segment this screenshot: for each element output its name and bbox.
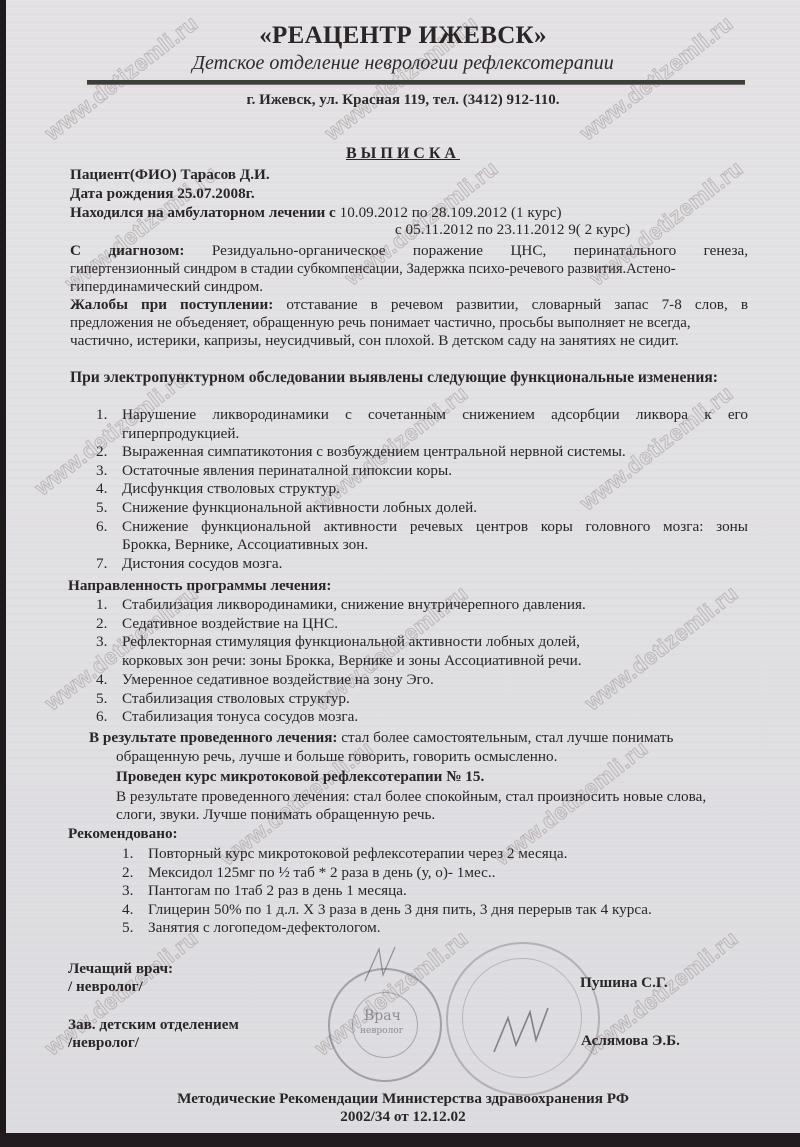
item-text: Стабилизация стволовых структур. [122, 690, 350, 707]
footer-line-2: 2002/34 от 12.12.02 [6, 1108, 800, 1126]
diagnosis-line-2: гипертензионный синдром в стадии субкомп… [70, 260, 676, 278]
finding-item: 1.Нарушение ликвородинамики с сочетанным… [96, 406, 748, 424]
finding-item: 3.Остаточные явления перинаталной гипокс… [96, 462, 452, 480]
patient-name-label: Пациент(ФИО) [70, 166, 177, 183]
item-number: 3. [96, 633, 122, 651]
program-item: 5.Стабилизация стволовых структур. [96, 690, 350, 708]
finding-item: 2.Выраженная симпатикотония с возбуждени… [96, 443, 626, 461]
item-text: Рефлекторная стимуляция функциональной а… [122, 633, 580, 650]
item-text: Мексидол 125мг по ½ таб * 2 раза в день … [148, 864, 495, 881]
item-text: гиперпродукцией. [122, 425, 239, 442]
complaints-line-1: Жалобы при поступлении: отставание в реч… [70, 296, 748, 314]
finding-item: 5.Снижение функциональной активности лоб… [96, 499, 477, 517]
patient-name-line: Пациент(ФИО) Тарасов Д.И. [70, 166, 270, 184]
clinic-department: Детское отделение неврологии рефлексотер… [6, 52, 800, 75]
diagnosis-label: С диагнозом: [70, 242, 184, 259]
document-title: ВЫПИСКА [6, 145, 800, 163]
item-number: 3. [96, 462, 122, 480]
recommendation-item: 5.Занятия с логопедом-дефектологом. [122, 919, 381, 937]
item-text: Глицерин 50% по 1 д.л. Х 3 раза в день 3… [148, 901, 652, 918]
doctor-stamp: Врач невролог [328, 968, 442, 1082]
program-item: 3.Рефлекторная стимуляция функциональной… [96, 633, 580, 651]
item-number: 4. [96, 671, 122, 689]
program-item: 6.Стабилизация тонуса сосудов мозга. [96, 708, 358, 726]
department-head-name: Аслямова Э.Б. [581, 1032, 680, 1050]
finding-item: Брокка, Вернике, Ассоциативных зон. [122, 536, 368, 554]
patient-dob-line: Дата рождения 25.07.2008г. [70, 185, 255, 203]
item-text: корковых зон речи: зоны Брокка, Вернике … [122, 652, 582, 669]
complaints-line-2: предложения не объеденяет, обращенную ре… [70, 314, 691, 332]
item-number: 1. [96, 406, 122, 424]
item-number: 5. [122, 919, 148, 937]
item-number: 1. [122, 845, 148, 863]
item-number: 2. [122, 864, 148, 882]
item-text: Дисфункция стволовых структур. [122, 480, 340, 497]
clinic-address: г. Ижевск, ул. Красная 119, тел. (3412) … [6, 92, 800, 109]
complaints-line-3: частично, истерики, капризы, неусидчивый… [70, 332, 679, 350]
course-2-dates: с 05.11.2012 по 23.11.2012 9( 2 курс) [395, 221, 630, 239]
finding-item: гиперпродукцией. [122, 425, 239, 443]
result-1-label: В результате проведенного лечения: [89, 729, 337, 746]
result-1-text: стал более самостоятельным, стал лучше п… [341, 729, 673, 746]
item-text: Дистония сосудов мозга. [122, 555, 282, 572]
item-text: Занятия с логопедом-дефектологом. [148, 919, 381, 936]
scan-edge [0, 1133, 800, 1147]
item-number: 3. [122, 882, 148, 900]
attending-doctor-label: Лечащий врач: [68, 960, 173, 978]
item-text: Снижение функциональной активности речев… [122, 518, 748, 535]
dob-value: 25.07.2008г. [177, 185, 254, 202]
item-number: 2. [96, 443, 122, 461]
finding-item: 6.Снижение функциональной активности реч… [96, 518, 748, 536]
item-text: Выраженная симпатикотония с возбуждением… [122, 443, 626, 460]
result-2-line-2: слоги, звуки. Лучше понимать обращенную … [116, 806, 435, 824]
item-number: 4. [96, 480, 122, 498]
course-1-dates: 10.09.2012 по 28.109.2012 (1 курс) [340, 204, 562, 221]
course-completed: Проведен курс микротоковой рефлексотерап… [116, 768, 484, 786]
watermark: www.detizemli.ru [580, 580, 743, 716]
item-number: 5. [96, 499, 122, 517]
recommendation-item: 3.Пантогам по 1таб 2 раз в день 1 месяца… [122, 882, 407, 900]
item-number: 6. [96, 518, 122, 536]
item-number: 2. [96, 615, 122, 633]
diagnosis-line-1: С диагнозом: Резидуально-органическое по… [70, 242, 748, 260]
recommendations-heading: Рекомендовано: [68, 825, 178, 843]
item-text: Умеренное седативное воздействие на зону… [122, 671, 434, 688]
stamp-center-text: Врач [364, 1008, 401, 1024]
item-text: Стабилизация тонуса сосудов мозга. [122, 708, 358, 725]
document-page: www.detizemli.ru www.detizemli.ru www.de… [6, 0, 800, 1133]
program-item: 4.Умеренное седативное воздействие на зо… [96, 671, 434, 689]
item-number: 1. [96, 596, 122, 614]
item-number: 7. [96, 555, 122, 573]
department-head-role: /невролог/ [68, 1034, 139, 1052]
treatment-label: Находился на амбулаторном лечении с [70, 204, 336, 221]
item-text: Седативное воздействие на ЦНС. [122, 615, 338, 632]
recommendation-item: 4.Глицерин 50% по 1 д.л. Х 3 раза в день… [122, 901, 652, 919]
item-number: 4. [122, 901, 148, 919]
item-text: Пантогам по 1таб 2 раз в день 1 месяца. [148, 882, 407, 899]
finding-item: 7.Дистония сосудов мозга. [96, 555, 282, 573]
result-2-line-1: В результате проведенного лечения: стал … [116, 788, 706, 806]
program-item: корковых зон речи: зоны Брокка, Вернике … [122, 652, 582, 670]
item-text: Нарушение ликвородинамики с сочетанным с… [122, 406, 748, 423]
dob-label: Дата рождения [70, 185, 174, 202]
result-1-line-2: обращенную речь, лучше и больше говорить… [116, 748, 557, 766]
recommendation-item: 2.Мексидол 125мг по ½ таб * 2 раза в ден… [122, 864, 495, 882]
item-number: 5. [96, 690, 122, 708]
footer-line-1: Методические Рекомендации Министерства з… [6, 1090, 800, 1108]
stamp-center-subtext: невролог [360, 1026, 403, 1036]
item-text: Остаточные явления перинаталной гипоксии… [122, 462, 452, 479]
program-item: 1.Стабилизация ликвородинамики, снижение… [96, 596, 586, 614]
diagnosis-line-3: гипердинамический синдром. [70, 278, 263, 296]
program-item: 2.Седативное воздействие на ЦНС. [96, 615, 338, 633]
item-text: Стабилизация ликвородинамики, снижение в… [122, 596, 586, 613]
header-divider [87, 80, 745, 85]
signature-mark [361, 945, 401, 985]
clinic-name: «РЕАЦЕНТР ИЖЕВСК» [6, 22, 800, 50]
attending-doctor-role: / невролог/ [68, 978, 143, 996]
patient-name: Тарасов Д.И. [180, 166, 269, 183]
attending-doctor-name: Пушина С.Г. [580, 974, 668, 992]
complaints-label: Жалобы при поступлении: [70, 296, 273, 313]
diagnosis-text: Резидуально-органическое поражение ЦНС, … [212, 242, 748, 259]
treatment-line: Находился на амбулаторном лечении с 10.0… [70, 204, 562, 222]
item-number: 6. [96, 708, 122, 726]
item-text: Брокка, Вернике, Ассоциативных зон. [122, 536, 368, 553]
result-1-line-1: В результате проведенного лечения: стал … [89, 729, 673, 747]
complaints-text: отставание в речевом развитии, словарный… [286, 296, 748, 313]
finding-item: 4.Дисфункция стволовых структур. [96, 480, 340, 498]
program-heading: Направленность программы лечения: [68, 577, 331, 595]
findings-heading: При электропунктурном обследовании выявл… [70, 369, 718, 387]
department-head-label: Зав. детским отделением [68, 1016, 239, 1034]
signature-mark [486, 1000, 556, 1060]
item-text: Снижение функциональной активности лобны… [122, 499, 477, 516]
recommendation-item: 1.Повторный курс микротоковой рефлексоте… [122, 845, 567, 863]
item-text: Повторный курс микротоковой рефлексотера… [148, 845, 567, 862]
